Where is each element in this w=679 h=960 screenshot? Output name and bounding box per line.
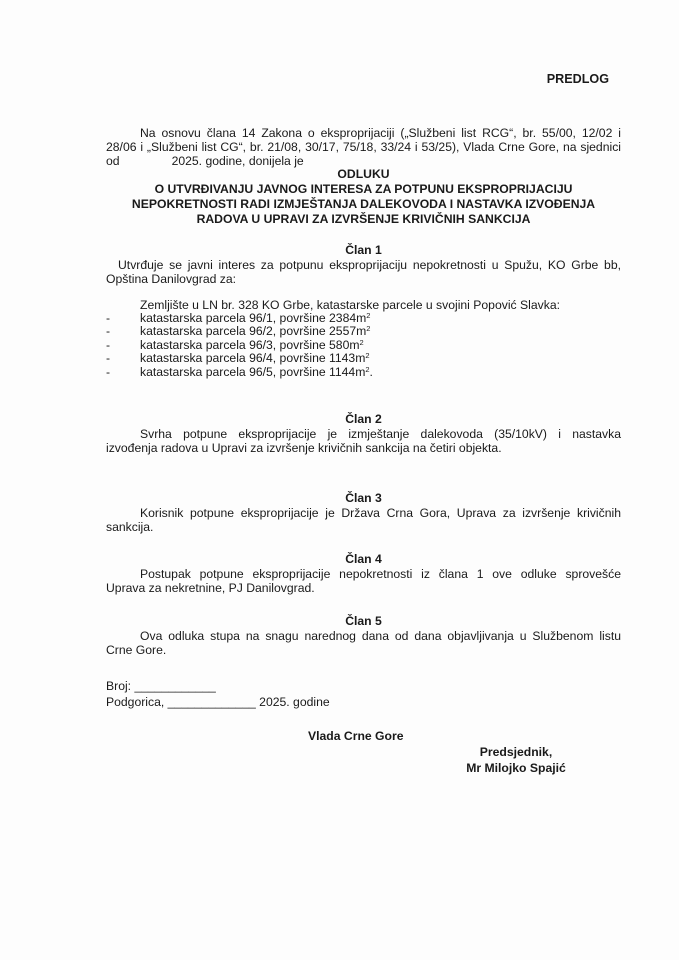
article-2-line-2: izvođenja radova u Upravi za izvršenje k… (106, 441, 621, 455)
article-5-line-2: Crne Gore. (106, 643, 621, 657)
article-3-line-1: Korisnik potpune eksproprijacije je Drža… (106, 506, 621, 520)
parcel-item: -katastarska parcela 96/4, površine 1143… (106, 352, 621, 365)
parcel-text: katastarska parcela 96/3, površine 580m (140, 338, 360, 352)
article-4-line-2: Uprava za nekretnine, PJ Danilovgrad. (106, 581, 621, 595)
article-2-heading: Član 2 (106, 412, 621, 426)
document-page: PREDLOG Na osnovu člana 14 Zakona o eksp… (0, 0, 679, 960)
number-label: Broj: (106, 679, 131, 693)
document-footer: Broj: ____________ Podgorica, __________… (106, 679, 621, 710)
parcel-item: -katastarska parcela 96/5, površine 1144… (106, 366, 621, 379)
parcel-item: -katastarska parcela 96/1, površine 2384… (106, 312, 621, 325)
list-dash: - (106, 352, 110, 365)
parcel-end: . (370, 365, 373, 379)
government-name: Vlada Crne Gore (308, 729, 404, 743)
place-label: Podgorica, (106, 695, 164, 709)
parcel-item: -katastarska parcela 96/2, površine 2557… (106, 325, 621, 338)
list-dash: - (106, 312, 110, 325)
article-2-line-1: Svrha potpune eksproprijacije je izmješt… (106, 427, 621, 441)
article-4-heading: Član 4 (106, 552, 621, 566)
article-5-heading: Član 5 (106, 614, 621, 628)
number-line: Broj: ____________ (106, 679, 621, 695)
signatory-title: Predsjednik, (446, 745, 586, 761)
number-blank: ____________ (134, 679, 215, 693)
article-3-heading: Član 3 (106, 491, 621, 505)
article-4-line-1: Postupak potpune eksproprijacije nepokre… (106, 567, 621, 581)
signature-block: Predsjednik, Mr Milojko Spajić (446, 745, 586, 776)
superscript: 2 (366, 311, 370, 320)
article-1-line-1: Utvrđuje se javni interes za potpunu eks… (106, 258, 621, 272)
parcel-list: -katastarska parcela 96/1, površine 2384… (106, 312, 621, 379)
list-dash: - (106, 325, 110, 338)
title-line-4: RADOVA U UPRAVI ZA IZVRŠENJE KRIVIČNIH S… (106, 212, 621, 227)
preamble-line-2: 28/06 i „Službeni list CG“, br. 21/08, 3… (106, 140, 621, 154)
parcel-text: katastarska parcela 96/5, površine 1144m (140, 365, 365, 379)
article-5-line-1: Ova odluka stupa na snagu narednog dana … (106, 629, 621, 643)
parcel-text: katastarska parcela 96/4, površine 1143m (140, 351, 365, 365)
date-blank: _____________ (168, 695, 256, 709)
article-3-line-2: sankcija. (106, 520, 621, 534)
list-dash: - (106, 366, 110, 379)
decision-title: ODLUKU O UTVRĐIVANJU JAVNOG INTERESA ZA … (106, 167, 621, 227)
article-4-text: Postupak potpune eksproprijacije nepokre… (106, 567, 621, 595)
superscript: 2 (360, 338, 364, 347)
preamble-line-1: Na osnovu člana 14 Zakona o eksproprijac… (106, 126, 621, 140)
article-5-text: Ova odluka stupa na snagu narednog dana … (106, 629, 621, 657)
parcel-text: katastarska parcela 96/2, površine 2557m (140, 324, 366, 338)
superscript: 2 (366, 324, 370, 333)
article-1-line-2: Opština Danilovgrad za: (106, 272, 621, 286)
date-year: 2025. godine (259, 695, 329, 709)
draft-label: PREDLOG (547, 72, 609, 86)
article-2-text: Svrha potpune eksproprijacije je izmješt… (106, 427, 621, 455)
preamble: Na osnovu člana 14 Zakona o eksproprijac… (106, 126, 621, 169)
place-date-line: Podgorica, _____________ 2025. godine (106, 695, 621, 711)
superscript: 2 (365, 351, 369, 360)
title-line-2: O UTVRĐIVANJU JAVNOG INTERESA ZA POTPUNU… (106, 182, 621, 197)
list-dash: - (106, 339, 110, 352)
signatory-name: Mr Milojko Spajić (446, 761, 586, 777)
parcel-item: -katastarska parcela 96/3, površine 580m… (106, 339, 621, 352)
article-1-heading: Član 1 (106, 243, 621, 257)
article-1-text: Utvrđuje se javni interes za potpunu eks… (106, 258, 621, 286)
article-3-text: Korisnik potpune eksproprijacije je Drža… (106, 506, 621, 534)
parcel-text: katastarska parcela 96/1, površine 2384m (140, 311, 366, 325)
title-odluku: ODLUKU (106, 167, 621, 182)
title-line-3: NEPOKRETNOSTI RADI IZMJEŠTANJA DALEKOVOD… (106, 197, 621, 212)
